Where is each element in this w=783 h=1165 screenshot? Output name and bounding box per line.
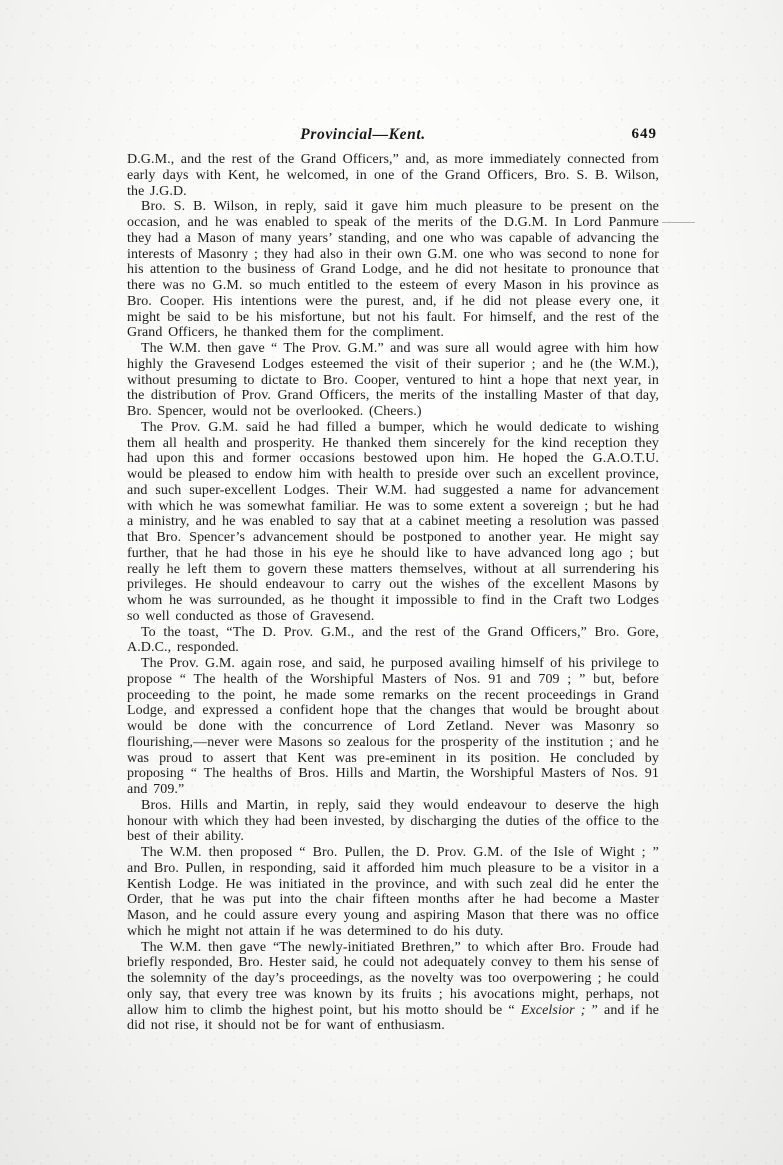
margin-mark — [662, 222, 695, 223]
paragraph-text: Bros. Hills and Martin, in reply, said t… — [127, 798, 659, 845]
paragraph-text: D.G.M., and the rest of the Grand Office… — [127, 152, 659, 199]
paragraph: The W.M. then gave “The newly-initiated … — [127, 940, 659, 1035]
paragraph: D.G.M., and the rest of the Grand Office… — [127, 152, 659, 199]
paragraph: Bros. Hills and Martin, in reply, said t… — [127, 798, 659, 845]
italic-text: Excelsior ; — [521, 1003, 586, 1018]
page-number: 649 — [632, 126, 658, 143]
paragraph-text: To the toast, “The D. Prov. G.M., and th… — [127, 625, 659, 656]
article-body: D.G.M., and the rest of the Grand Office… — [127, 152, 659, 1034]
scanned-page: Provincial—Kent. 649 D.G.M., and the res… — [0, 0, 783, 1165]
paragraph-text: The Prov. G.M. again rose, and said, he … — [127, 656, 659, 797]
paragraph: The Prov. G.M. said he had filled a bump… — [127, 420, 659, 625]
paragraph: The W.M. then proposed “ Bro. Pullen, th… — [127, 845, 659, 940]
paragraph-text: The Prov. G.M. said he had filled a bump… — [127, 420, 659, 624]
paragraph: Bro. S. B. Wilson, in reply, said it gav… — [127, 199, 659, 341]
paragraph: To the toast, “The D. Prov. G.M., and th… — [127, 625, 659, 657]
paragraph-text: The W.M. then proposed “ Bro. Pullen, th… — [127, 845, 659, 939]
paragraph: The W.M. then gave “ The Prov. G.M.” and… — [127, 341, 659, 420]
paragraph-text: The W.M. then gave “ The Prov. G.M.” and… — [127, 341, 659, 419]
paragraph-text: Bro. S. B. Wilson, in reply, said it gav… — [127, 199, 659, 340]
page-header: Provincial—Kent. 649 — [127, 126, 659, 148]
running-head-title: Provincial—Kent. — [97, 126, 629, 144]
paragraph: The Prov. G.M. again rose, and said, he … — [127, 656, 659, 798]
